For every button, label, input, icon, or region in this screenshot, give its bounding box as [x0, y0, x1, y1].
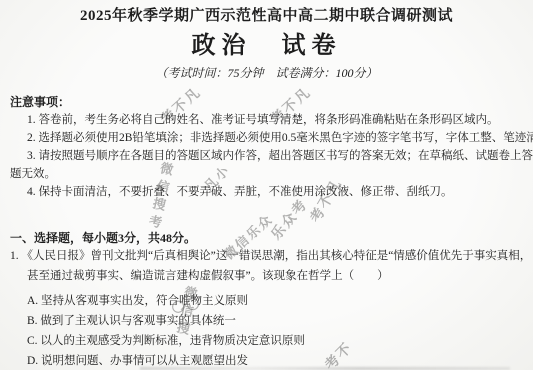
- section-one-header: 一、选择题，每小题3分，共48分。: [10, 229, 196, 246]
- notice-line-4: 题无效。: [10, 165, 530, 183]
- notice-section: 注意事项： 1. 答卷前，考生务必将自己的姓名、准考证号填写清楚，将条形码准确粘…: [10, 93, 530, 201]
- exam-session-title: 2025年秋季学期广西示范性高中高二期中联合调研测试: [0, 4, 533, 25]
- notice-line-3: 3. 请按照题号顺序在各题目的答题区域内作答，超出答题区书写的答案无效；在草稿纸…: [10, 147, 530, 165]
- notice-heading: 注意事项：: [10, 93, 530, 111]
- paper-subject-title: 政治 试卷: [0, 25, 533, 60]
- exam-time-and-score-info: （考试时间：75分钟 试卷满分：100分）: [0, 64, 533, 81]
- question-1-option-c: C. 以人的主观感受为判断标准，违背物质决定意识原则: [10, 331, 530, 351]
- notice-lines: 1. 答卷前，考生务必将自己的姓名、准考证号填写清楚，将条形码准确粘贴在条形码区…: [10, 111, 530, 201]
- question-1-stem: 1. 《人民日报》曾刊文批判“后真相舆论”这一错误思潮，指出其核心特征是“情感价…: [10, 246, 530, 286]
- notice-line-5: 4. 保持卡面清洁，不要折叠、不要弄破、弄脏，不准使用涂改液、修正带、刮纸刀。: [10, 183, 530, 201]
- question-1-option-a: A. 坚持从客观事实出发，符合唯物主义原则: [10, 291, 530, 311]
- exam-paper-page: 2025年秋季学期广西示范性高中高二期中联合调研测试 政治 试卷 （考试时间：7…: [0, 0, 533, 370]
- question-1-stem-line-2: 甚至通过裁剪事实、编造谎言建构虚假叙事”。该现象在哲学上（ ）: [10, 266, 530, 286]
- question-1-option-b: B. 做到了主观认识与客观事实的具体统一: [10, 311, 530, 331]
- watermark-text-6: 乐众考: [266, 194, 312, 244]
- question-1-stem-line-1: 1. 《人民日报》曾刊文批判“后真相舆论”这一错误思潮，指出其核心特征是“情感价…: [10, 246, 530, 266]
- notice-line-1: 1. 答卷前，考生务必将自己的姓名、准考证号填写清楚，将条形码准确粘贴在条形码区…: [10, 111, 530, 129]
- question-1: 1. 《人民日报》曾刊文批判“后真相舆论”这一错误思潮，指出其核心特征是“情感价…: [10, 246, 530, 370]
- question-1-options: A. 坚持从客观事实出发，符合唯物主义原则B. 做到了主观认识与客观事实的具体统…: [10, 291, 530, 370]
- notice-line-2: 2. 选择题必须使用2B铅笔填涂；非选择题必须使用0.5毫米黑色字迹的签字笔书写…: [10, 129, 530, 147]
